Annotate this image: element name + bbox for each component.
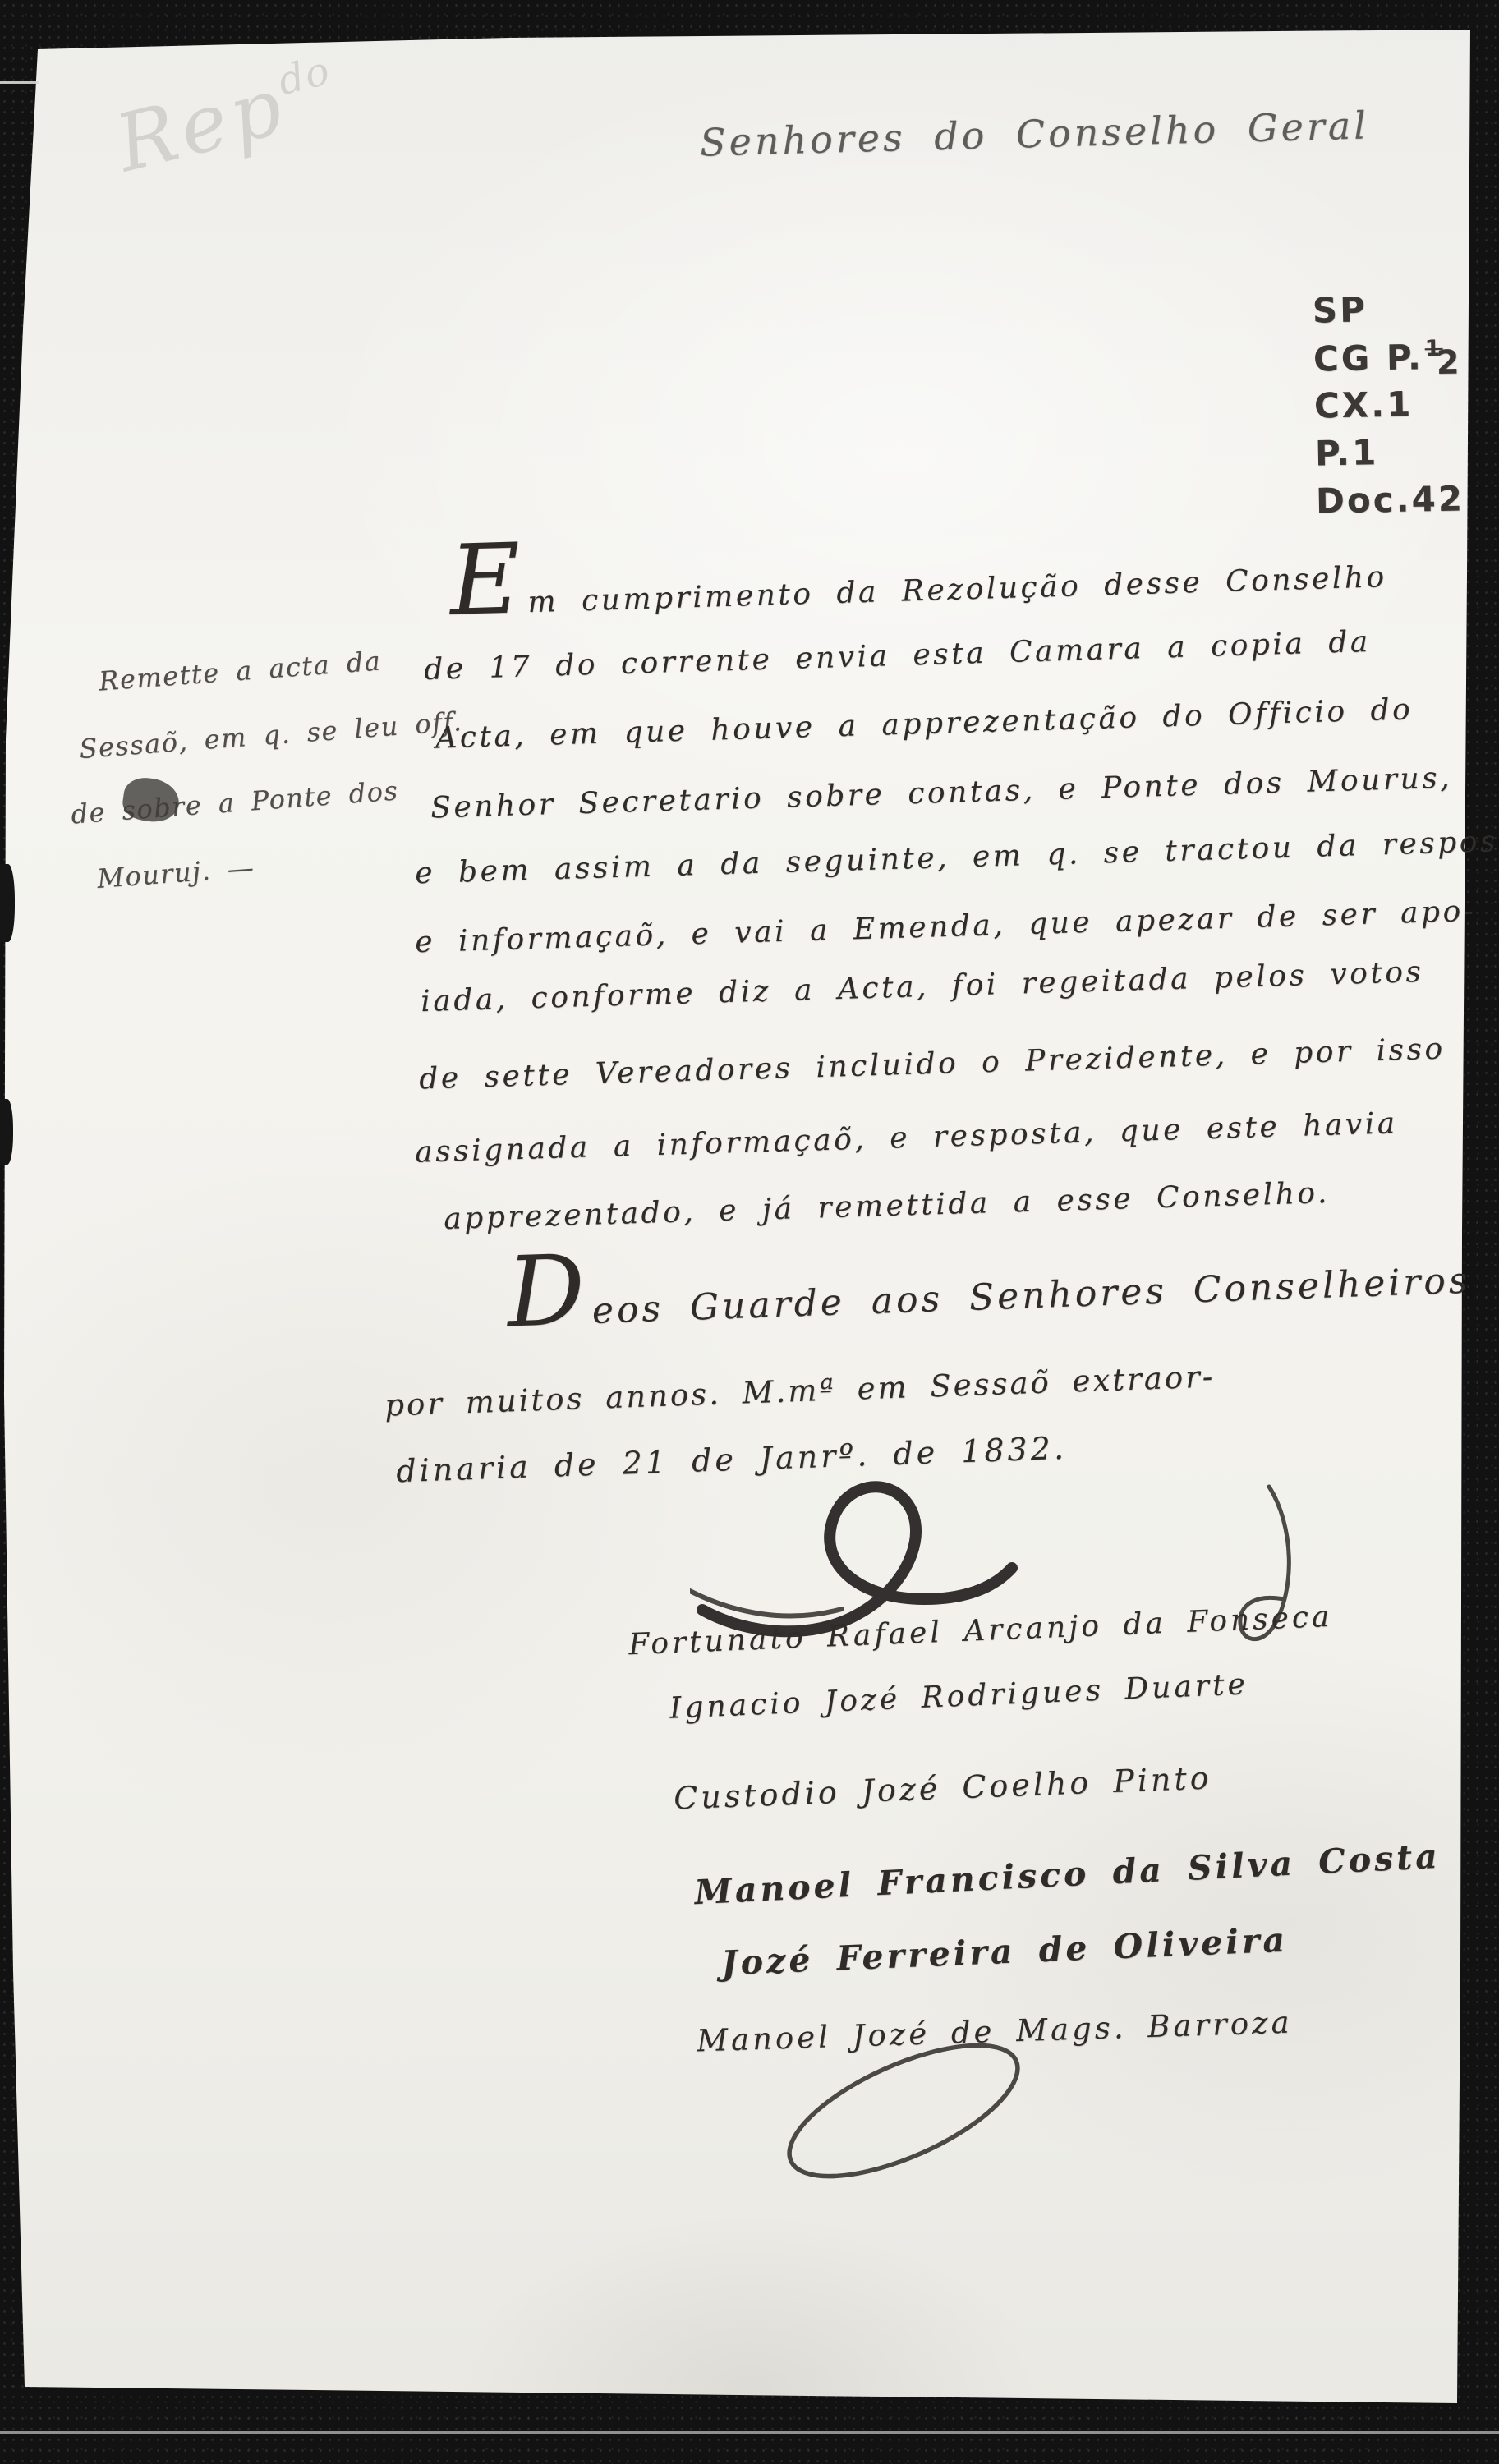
signature-loop-flourish [764, 2029, 1043, 2193]
paper-edge-nick [0, 864, 15, 942]
archival-stamp: SP CG P.12 CX.1 P.1 Doc.42 [1312, 287, 1465, 528]
manuscript-paper [0, 0, 1499, 2464]
stamp-fond-code: SP [1312, 287, 1461, 338]
stamp-document-number: Doc.42 [1316, 478, 1465, 528]
stamp-series-prefix: CG P. [1313, 337, 1424, 379]
stamp-series-number: 2 [1436, 343, 1462, 382]
stamp-box-code: CX.1 [1314, 383, 1464, 433]
stamp-folder-code: P.1 [1315, 430, 1465, 480]
scanner-edge-line-top [0, 81, 39, 84]
stamp-series-code: CG P.12 [1313, 335, 1462, 385]
scanned-document-page: Repdo Senhores do Conselho Geral SP CG P… [0, 0, 1499, 2464]
paper-edge-nick [0, 1099, 13, 1165]
pencil-annotation-superscript: do [274, 48, 335, 105]
scanner-edge-line-bottom [0, 2431, 1499, 2434]
